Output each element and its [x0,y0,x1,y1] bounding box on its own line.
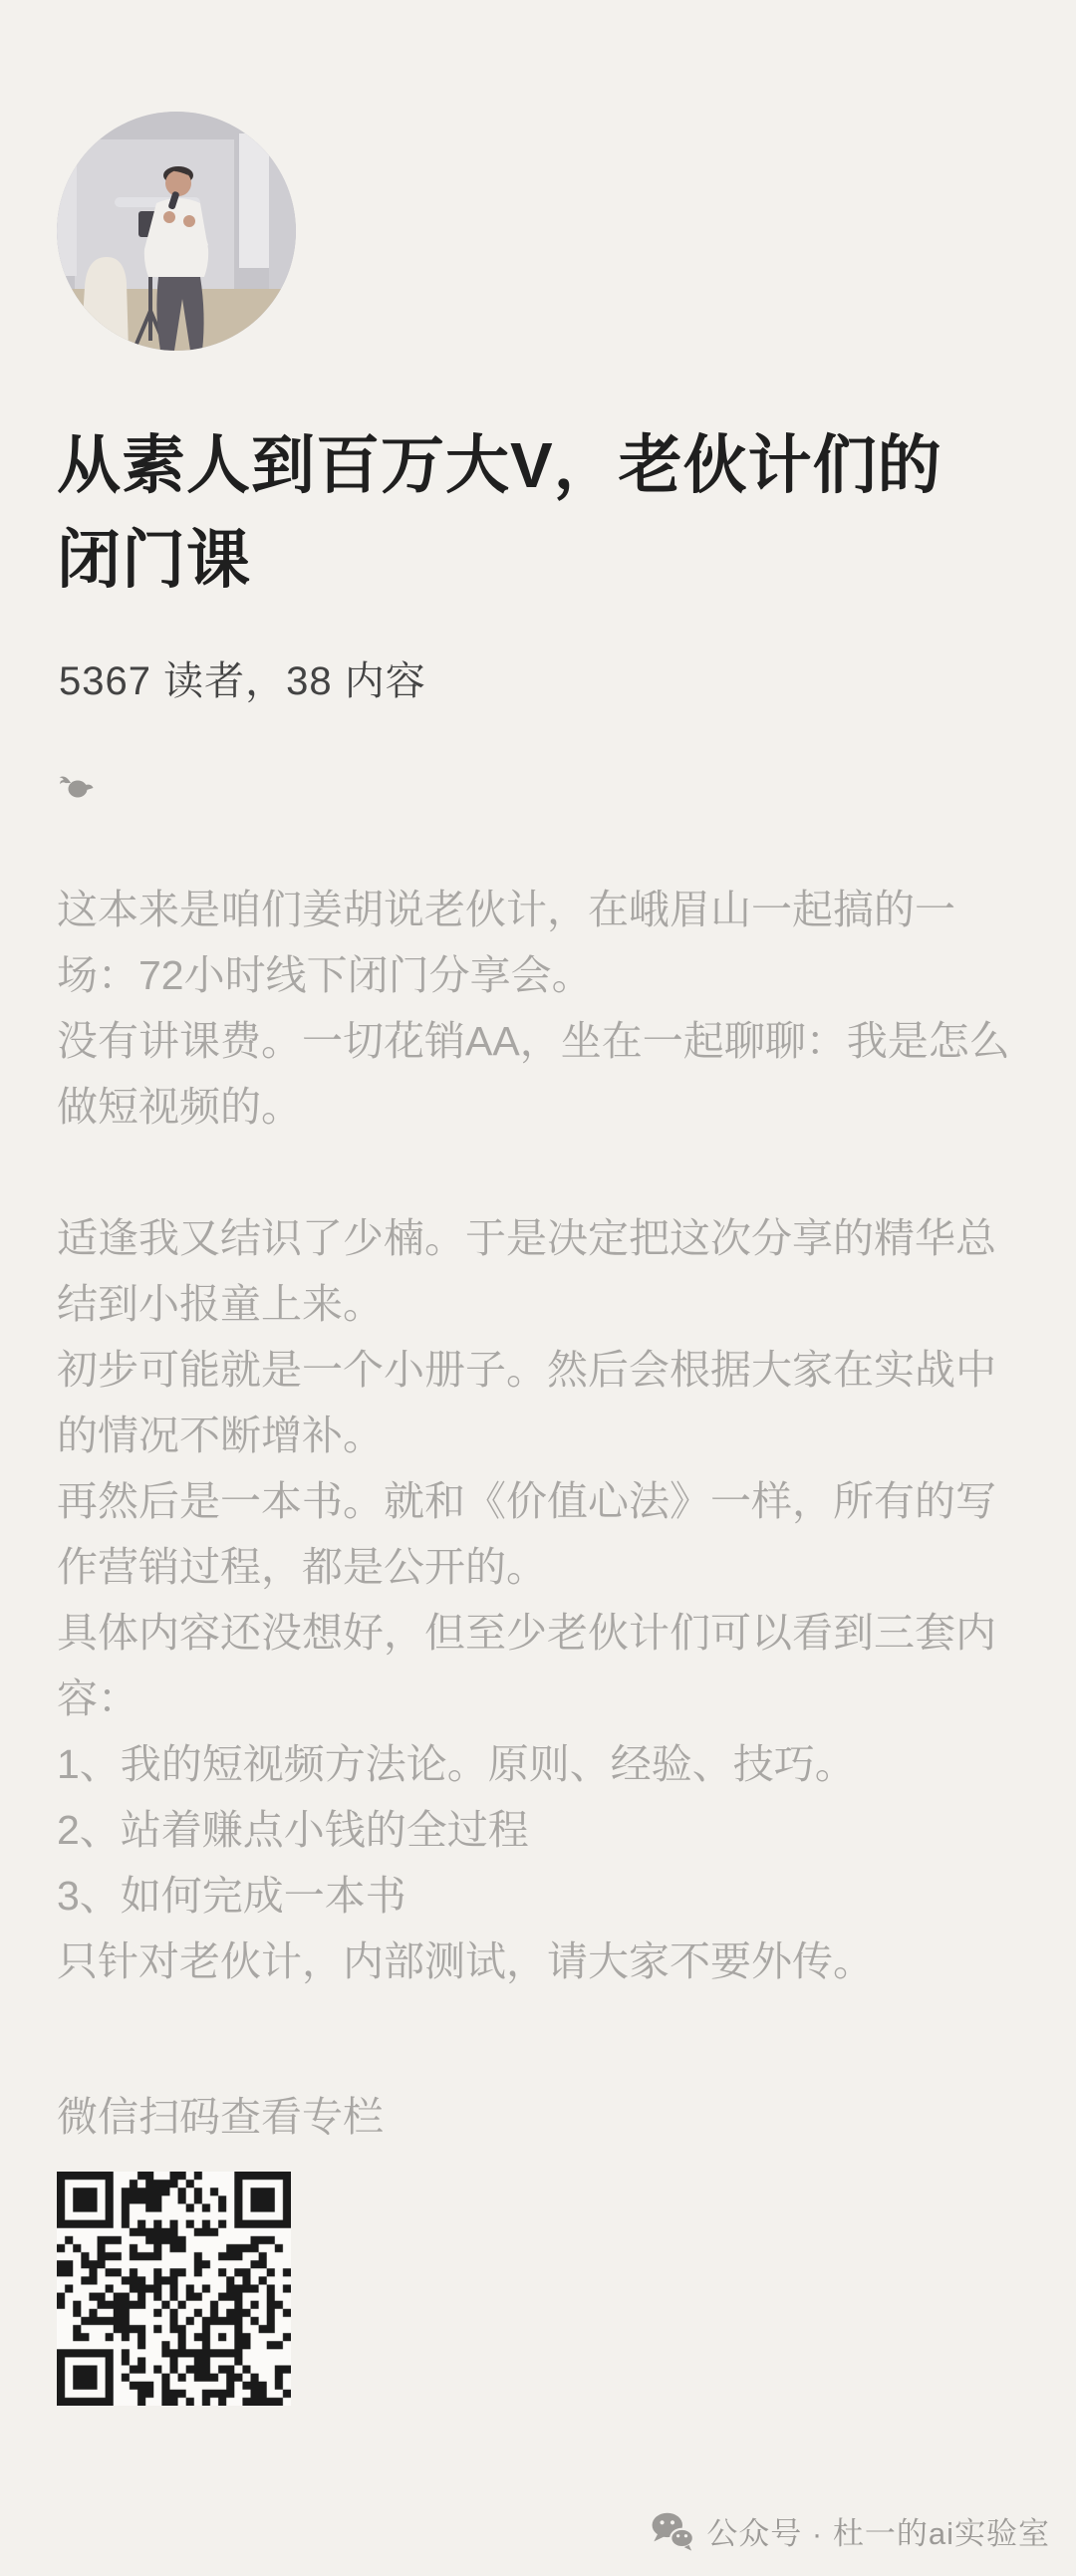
article-paragraph: 没有讲课费。一切花销AA，坐在一起聊聊：我是怎么做短视频的。 [57,1008,1013,1140]
column-share-page: 从素人到百万大V，老伙计们的 闭门课 5367 读者，38 内容 这本来是咱们姜… [0,0,1076,2576]
avatar-photo-illustration [57,112,296,351]
qr-caption: 微信扫码查看专栏 [57,2084,1013,2150]
stats-line: 5367 读者，38 内容 [59,649,426,706]
page-title: 从素人到百万大V，老伙计们的 闭门课 [57,418,1033,608]
article-paragraph: 这本来是咱们姜胡说老伙计，在峨眉山一起搞的一场：72小时线下闭门分享会。 [57,877,1013,1008]
article-paragraph [57,1140,1013,1205]
wechat-icon [651,2511,694,2551]
bird-icon [58,773,94,801]
article-paragraph: 具体内容还没想好，但至少老伙计们可以看到三套内容： [57,1600,1013,1731]
article-paragraph: 适逢我又结识了少楠。于是决定把这次分享的精华总结到小报童上来。 [57,1205,1013,1337]
article-body: 这本来是咱们姜胡说老伙计，在峨眉山一起搞的一场：72小时线下闭门分享会。没有讲课… [57,877,1013,1994]
qr-code [57,2172,291,2406]
article-paragraph: 只针对老伙计，内部测试，请大家不要外传。 [57,1929,1013,1994]
article-paragraph: 初步可能就是一个小册子。然后会根据大家在实战中的情况不断增补。 [57,1337,1013,1468]
avatar [57,112,296,351]
page-title-line2: 闭门课 [57,513,1033,608]
page-title-line1: 从素人到百万大V，老伙计们的 [57,418,1033,513]
article-paragraph: 2、站着赚点小钱的全过程 [57,1797,1013,1863]
article-paragraph: 1、我的短视频方法论。原则、经验、技巧。 [57,1731,1013,1797]
article-paragraph: 3、如何完成一本书 [57,1863,1013,1929]
article-paragraph: 再然后是一本书。就和《价值心法》一样，所有的写作营销过程，都是公开的。 [57,1468,1013,1600]
footer: 公众号 · 杜一的ai实验室 [651,2508,1050,2553]
footer-account-label: 公众号 · 杜一的ai实验室 [706,2508,1050,2553]
